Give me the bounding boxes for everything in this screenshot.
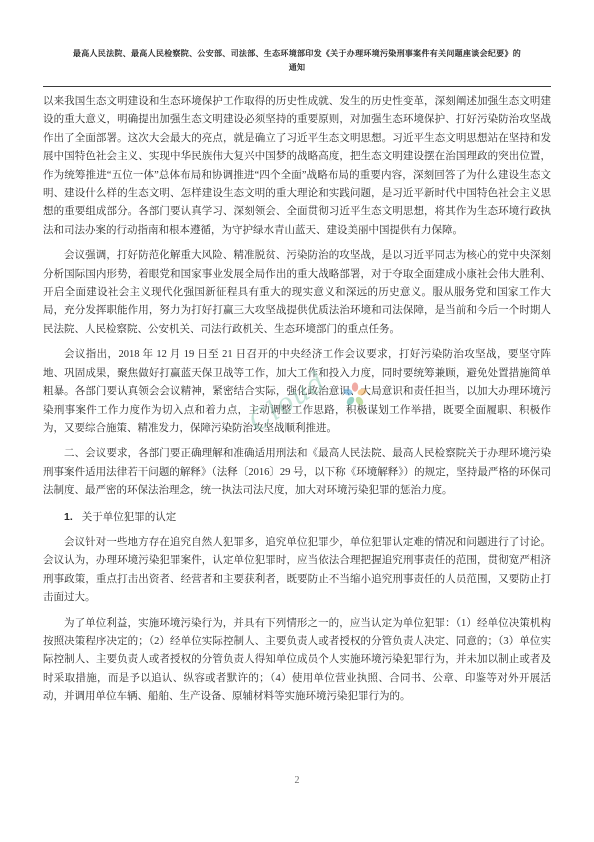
section-heading: 1.关于单位犯罪的认定 — [43, 508, 551, 527]
paragraph: 以来我国生态文明建设和生态环境保护工作取得的历史性成就、发生的历史性变革，深刻阐… — [43, 93, 551, 240]
header-rule — [43, 86, 551, 87]
paragraph: 会议强调，打好防范化解重大风险、精准脱贫、污染防治的攻坚战，是以习近平同志为核心… — [43, 247, 551, 339]
paragraph: 为了单位利益，实施环境污染行为，并具有下列情形之一的，应当认定为单位犯罪：（1）… — [43, 615, 551, 707]
document-title: 最高人民法院、最高人民检察院、公安部、司法部、生态环境部印发《关于办理环境污染刑… — [43, 47, 551, 75]
document-title-line2: 通知 — [43, 61, 551, 75]
paragraph: 二、会议要求，各部门要正确理解和准确适用刑法和《最高人民法院、最高人民检察院关于… — [43, 445, 551, 500]
page-number: 2 — [0, 775, 594, 786]
section-number: 1. — [64, 511, 73, 523]
document-title-line1: 最高人民法院、最高人民检察院、公安部、司法部、生态环境部印发《关于办理环境污染刑… — [43, 47, 551, 61]
document-body: 以来我国生态文明建设和生态环境保护工作取得的历史性成就、发生的历史性变革，深刻阐… — [43, 93, 551, 714]
section-title: 关于单位犯罪的认定 — [82, 512, 177, 523]
paragraph: 会议针对一些地方存在追究自然人犯罪多，追究单位犯罪少，单位犯罪认定难的情况和问题… — [43, 534, 551, 608]
document-page: 最高人民法院、最高人民检察院、公安部、司法部、生态环境部印发《关于办理环境污染刑… — [0, 0, 594, 842]
paragraph: 会议指出，2018 年 12 月 19 日至 21 日召开的中央经济工作会议要求… — [43, 346, 551, 438]
